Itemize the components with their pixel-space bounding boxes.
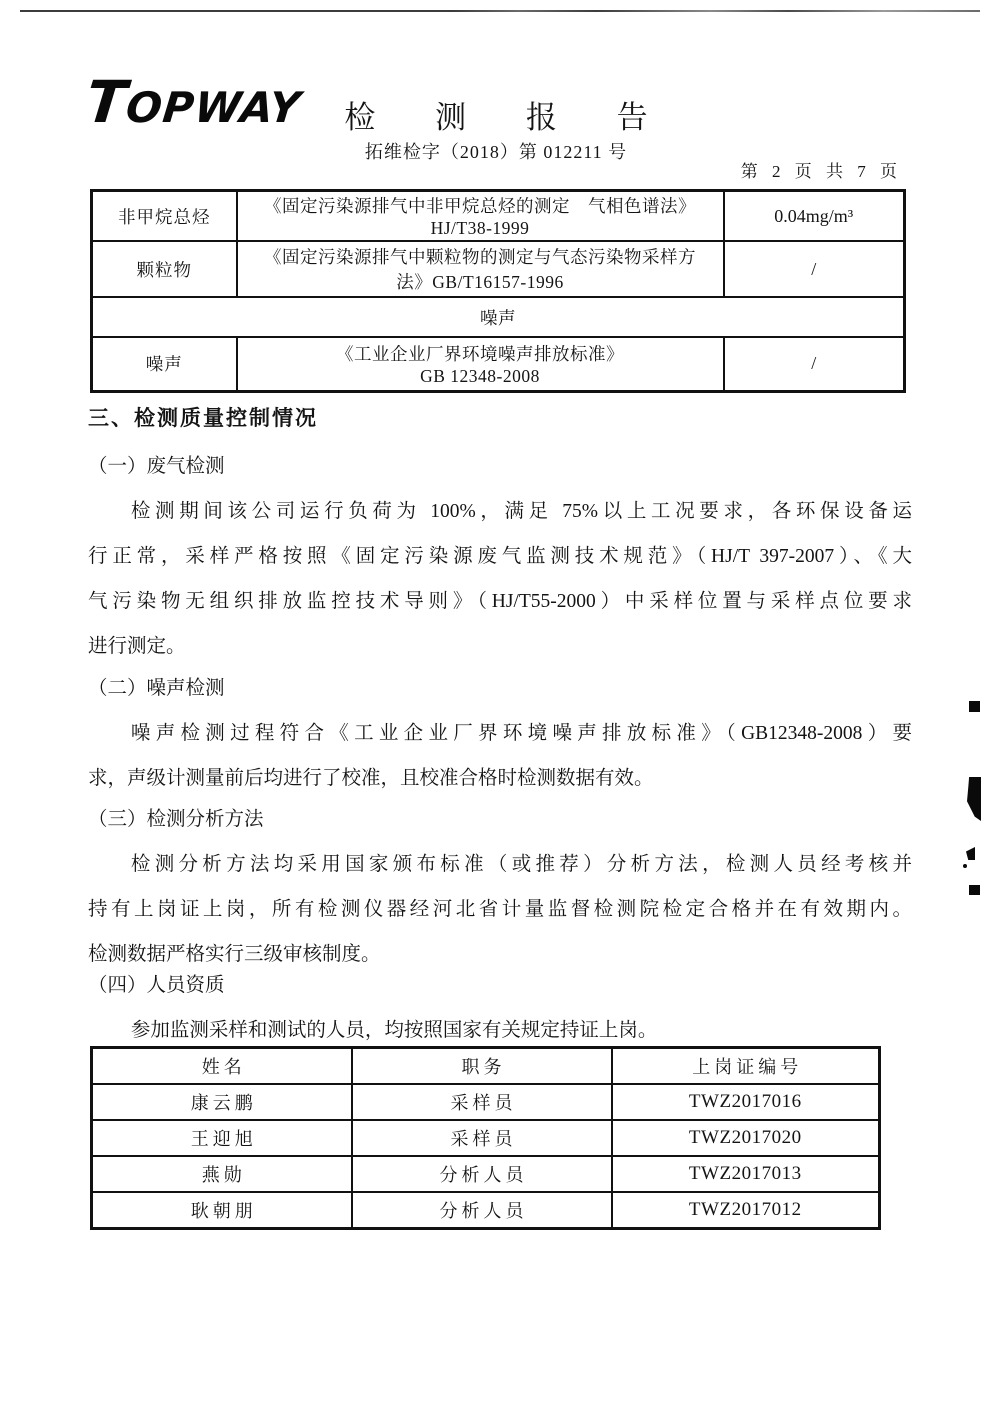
table-row: 非甲烷总烃 《固定污染源排气中非甲烷总烃的测定 气相色谱法》 HJ/T38-19… — [92, 191, 905, 242]
method-cell: 《固定污染源排气中颗粒物的测定与气态污染物采样方 法》GB/T16157-199… — [237, 241, 724, 297]
cert-cell: TWZ2017016 — [612, 1084, 880, 1120]
report-title: 检 测 报 告 — [0, 92, 992, 137]
result-cell: 0.04mg/m³ — [724, 191, 905, 242]
header-cert: 上岗证编号 — [612, 1048, 880, 1085]
section-heading: 三、检测质量控制情况 — [88, 402, 318, 432]
result-cell: / — [724, 241, 905, 297]
paragraph-line: 持有上岗证上岗，所有检测仪器经河北省计量监督检测院检定合格并在有效期内。 — [88, 887, 912, 932]
methods-table: 非甲烷总烃 《固定污染源排气中非甲烷总烃的测定 气相色谱法》 HJ/T38-19… — [90, 189, 906, 393]
paragraph-line: 气污染物无组织排放监控技术导则》（HJ/T55-2000）中采样位置与采样点位要… — [88, 579, 912, 624]
method-line: 《工业企业厂界环境噪声排放标准》 — [242, 341, 719, 366]
name-cell: 王迎旭 — [92, 1120, 352, 1156]
paragraph-line: 行正常，采样严格按照《固定污染源废气监测技术规范》（HJ/T 397-2007）… — [88, 534, 912, 579]
paragraph-line: 进行测定。 — [88, 624, 912, 669]
table-row: 噪声 《工业企业厂界环境噪声排放标准》 GB 12348-2008 / — [92, 337, 905, 391]
scan-artifact-top-line — [20, 10, 980, 12]
result-cell: / — [724, 337, 905, 391]
table-header-row: 姓名 职务 上岗证编号 — [92, 1048, 880, 1085]
subsection-heading: （一）废气检测 — [88, 444, 912, 489]
table-row: 燕勋 分析人员 TWZ2017013 — [92, 1156, 880, 1192]
cert-cell: TWZ2017012 — [612, 1192, 880, 1229]
paragraph-line: 检测期间该公司运行负荷为 100%，满足 75%以上工况要求，各环保设备运 — [88, 489, 912, 534]
paragraph-line: 噪声检测过程符合《工业企业厂界环境噪声排放标准》（GB12348-2008）要 — [88, 711, 912, 756]
subsection-2: （二）噪声检测 噪声检测过程符合《工业企业厂界环境噪声排放标准》（GB12348… — [88, 666, 912, 801]
header-role: 职务 — [352, 1048, 612, 1085]
section-band-row: 噪声 — [92, 297, 905, 337]
personnel-table: 姓名 职务 上岗证编号 康云鹏 采样员 TWZ2017016 王迎旭 采样员 T… — [90, 1046, 881, 1230]
subsection-3: （三）检测分析方法 检测分析方法均采用国家颁布标准（或推荐）分析方法，检测人员经… — [88, 797, 912, 977]
subsection-1: （一）废气检测 检测期间该公司运行负荷为 100%，满足 75%以上工况要求，各… — [88, 444, 912, 669]
subsection-heading: （四）人员资质 — [88, 963, 912, 1008]
table-row: 康云鹏 采样员 TWZ2017016 — [92, 1084, 880, 1120]
method-line: HJ/T38-1999 — [242, 218, 719, 239]
scan-artifact — [969, 701, 980, 712]
header-name: 姓名 — [92, 1048, 352, 1085]
name-cell: 耿朝朋 — [92, 1192, 352, 1229]
param-cell: 非甲烷总烃 — [92, 191, 237, 242]
method-line: 《固定污染源排气中非甲烷总烃的测定 气相色谱法》 — [242, 193, 719, 218]
subsection-heading: （二）噪声检测 — [88, 666, 912, 711]
method-cell: 《固定污染源排气中非甲烷总烃的测定 气相色谱法》 HJ/T38-1999 — [237, 191, 724, 242]
role-cell: 采样员 — [352, 1120, 612, 1156]
cert-cell: TWZ2017013 — [612, 1156, 880, 1192]
page-indicator: 第 2 页 共 7 页 — [741, 157, 902, 182]
role-cell: 分析人员 — [352, 1192, 612, 1229]
name-cell: 康云鹏 — [92, 1084, 352, 1120]
method-line: 法》GB/T16157-1996 — [242, 269, 719, 294]
param-cell: 颗粒物 — [92, 241, 237, 297]
method-line: GB 12348-2008 — [242, 366, 719, 387]
role-cell: 采样员 — [352, 1084, 612, 1120]
subsection-heading: （三）检测分析方法 — [88, 797, 912, 842]
scan-artifact — [967, 777, 981, 821]
table-row: 王迎旭 采样员 TWZ2017020 — [92, 1120, 880, 1156]
table-row: 耿朝朋 分析人员 TWZ2017012 — [92, 1192, 880, 1229]
method-line: 《固定污染源排气中颗粒物的测定与气态污染物采样方 — [242, 244, 719, 269]
cert-cell: TWZ2017020 — [612, 1120, 880, 1156]
subsection-4: （四）人员资质 参加监测采样和测试的人员，均按照国家有关规定持证上岗。 — [88, 963, 912, 1053]
name-cell: 燕勋 — [92, 1156, 352, 1192]
scan-artifact — [966, 847, 975, 860]
scan-artifact — [963, 864, 967, 868]
method-cell: 《工业企业厂界环境噪声排放标准》 GB 12348-2008 — [237, 337, 724, 391]
paragraph-line: 求，声级计测量前后均进行了校准，且校准合格时检测数据有效。 — [88, 756, 912, 801]
role-cell: 分析人员 — [352, 1156, 612, 1192]
section-band-label: 噪声 — [92, 297, 905, 337]
paragraph-line: 检测分析方法均采用国家颁布标准（或推荐）分析方法，检测人员经考核并 — [88, 842, 912, 887]
param-cell: 噪声 — [92, 337, 237, 391]
report-page: TOPWAY 检 测 报 告 拓维检字（2018）第 012211 号 第 2 … — [0, 0, 992, 1404]
table-row: 颗粒物 《固定污染源排气中颗粒物的测定与气态污染物采样方 法》GB/T16157… — [92, 241, 905, 297]
scan-artifact — [969, 885, 980, 895]
